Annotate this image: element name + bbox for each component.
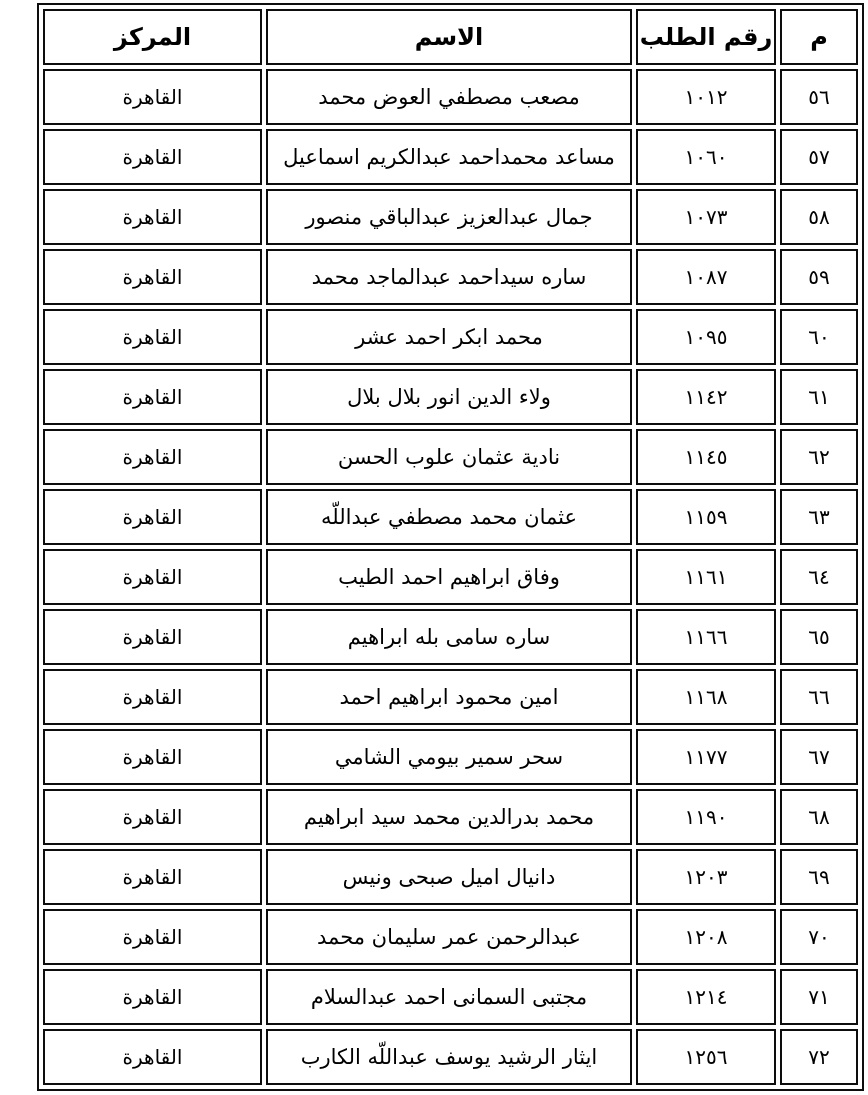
cell-request-number: ١١٦٨ [636,669,776,725]
cell-serial: ٦٠ [780,309,858,365]
header-row: م رقم الطلب الاسم المركز [43,9,858,65]
cell-request-number: ١١٤٢ [636,369,776,425]
cell-center: القاهرة [43,69,262,125]
cell-name: ساره سيداحمد عبدالماجد محمد [266,249,632,305]
table-row: ٦١ ١١٤٢ ولاء الدين انور بلال بلال القاهر… [43,369,858,425]
cell-serial: ٦٩ [780,849,858,905]
cell-center: القاهرة [43,129,262,185]
cell-center: القاهرة [43,849,262,905]
cell-serial: ٦٤ [780,549,858,605]
cell-name: جمال عبدالعزيز عبدالباقي منصور [266,189,632,245]
cell-serial: ٧٠ [780,909,858,965]
cell-request-number: ١١٤٥ [636,429,776,485]
cell-serial: ٦٢ [780,429,858,485]
cell-serial: ٦٣ [780,489,858,545]
cell-name: وفاق ابراهيم احمد الطيب [266,549,632,605]
cell-center: القاهرة [43,489,262,545]
cell-name: محمد ابكر احمد عشر [266,309,632,365]
cell-name: دانيال اميل صبحى ونيس [266,849,632,905]
applicants-table-frame: م رقم الطلب الاسم المركز ٥٦ ١٠١٢ مصعب مص… [37,3,864,1091]
col-header-serial: م [780,9,858,65]
cell-name: سحر سمير بيومي الشامي [266,729,632,785]
table-row: ٦٦ ١١٦٨ امين محمود ابراهيم احمد القاهرة [43,669,858,725]
cell-serial: ٦١ [780,369,858,425]
cell-name: نادية عثمان علوب الحسن [266,429,632,485]
cell-center: القاهرة [43,669,262,725]
cell-serial: ٦٥ [780,609,858,665]
cell-center: القاهرة [43,369,262,425]
cell-serial: ٦٨ [780,789,858,845]
cell-request-number: ١٠٦٠ [636,129,776,185]
applicants-table: م رقم الطلب الاسم المركز ٥٦ ١٠١٢ مصعب مص… [39,5,862,1089]
table-row: ٦٢ ١١٤٥ نادية عثمان علوب الحسن القاهرة [43,429,858,485]
cell-name: مصعب مصطفي العوض محمد [266,69,632,125]
cell-center: القاهرة [43,609,262,665]
cell-center: القاهرة [43,909,262,965]
cell-request-number: ١٢١٤ [636,969,776,1025]
cell-serial: ٧٢ [780,1029,858,1085]
cell-name: ايثار الرشيد يوسف عبداللّه الكارب [266,1029,632,1085]
col-header-name: الاسم [266,9,632,65]
cell-center: القاهرة [43,729,262,785]
cell-serial: ٥٧ [780,129,858,185]
cell-request-number: ١١٧٧ [636,729,776,785]
cell-serial: ٦٦ [780,669,858,725]
cell-center: القاهرة [43,969,262,1025]
table-row: ٥٩ ١٠٨٧ ساره سيداحمد عبدالماجد محمد القا… [43,249,858,305]
table-row: ٦٣ ١١٥٩ عثمان محمد مصطفي عبداللّه القاهر… [43,489,858,545]
table-row: ٦٤ ١١٦١ وفاق ابراهيم احمد الطيب القاهرة [43,549,858,605]
cell-request-number: ١١٦٦ [636,609,776,665]
table-row: ٧٠ ١٢٠٨ عبدالرحمن عمر سليمان محمد القاهر… [43,909,858,965]
table-row: ٥٦ ١٠١٢ مصعب مصطفي العوض محمد القاهرة [43,69,858,125]
cell-center: القاهرة [43,189,262,245]
cell-center: القاهرة [43,549,262,605]
cell-name: ولاء الدين انور بلال بلال [266,369,632,425]
cell-center: القاهرة [43,1029,262,1085]
cell-serial: ٥٩ [780,249,858,305]
cell-name: امين محمود ابراهيم احمد [266,669,632,725]
cell-request-number: ١٠١٢ [636,69,776,125]
col-header-request-number: رقم الطلب [636,9,776,65]
cell-request-number: ١٢٠٨ [636,909,776,965]
cell-center: القاهرة [43,429,262,485]
table-row: ٦٨ ١١٩٠ محمد بدرالدين محمد سيد ابراهيم ا… [43,789,858,845]
cell-center: القاهرة [43,309,262,365]
table-row: ٦٥ ١١٦٦ ساره سامى بله ابراهيم القاهرة [43,609,858,665]
table-row: ٦٠ ١٠٩٥ محمد ابكر احمد عشر القاهرة [43,309,858,365]
cell-request-number: ١١٥٩ [636,489,776,545]
cell-request-number: ١٢٠٣ [636,849,776,905]
cell-center: القاهرة [43,249,262,305]
table-row: ٥٧ ١٠٦٠ مساعد محمداحمد عبدالكريم اسماعيل… [43,129,858,185]
cell-name: ساره سامى بله ابراهيم [266,609,632,665]
table-row: ٥٨ ١٠٧٣ جمال عبدالعزيز عبدالباقي منصور ا… [43,189,858,245]
cell-request-number: ١٠٧٣ [636,189,776,245]
cell-request-number: ١١٩٠ [636,789,776,845]
table-row: ٧٢ ١٢٥٦ ايثار الرشيد يوسف عبداللّه الكار… [43,1029,858,1085]
table-row: ٦٧ ١١٧٧ سحر سمير بيومي الشامي القاهرة [43,729,858,785]
cell-name: مجتبى السمانى احمد عبدالسلام [266,969,632,1025]
col-header-center: المركز [43,9,262,65]
cell-serial: ٥٨ [780,189,858,245]
cell-serial: ٥٦ [780,69,858,125]
cell-name: محمد بدرالدين محمد سيد ابراهيم [266,789,632,845]
cell-name: عبدالرحمن عمر سليمان محمد [266,909,632,965]
cell-request-number: ١١٦١ [636,549,776,605]
cell-name: مساعد محمداحمد عبدالكريم اسماعيل [266,129,632,185]
cell-serial: ٧١ [780,969,858,1025]
cell-name: عثمان محمد مصطفي عبداللّه [266,489,632,545]
table-row: ٧١ ١٢١٤ مجتبى السمانى احمد عبدالسلام الق… [43,969,858,1025]
cell-serial: ٦٧ [780,729,858,785]
cell-request-number: ١٠٩٥ [636,309,776,365]
cell-center: القاهرة [43,789,262,845]
cell-request-number: ١٠٨٧ [636,249,776,305]
table-row: ٦٩ ١٢٠٣ دانيال اميل صبحى ونيس القاهرة [43,849,858,905]
cell-request-number: ١٢٥٦ [636,1029,776,1085]
